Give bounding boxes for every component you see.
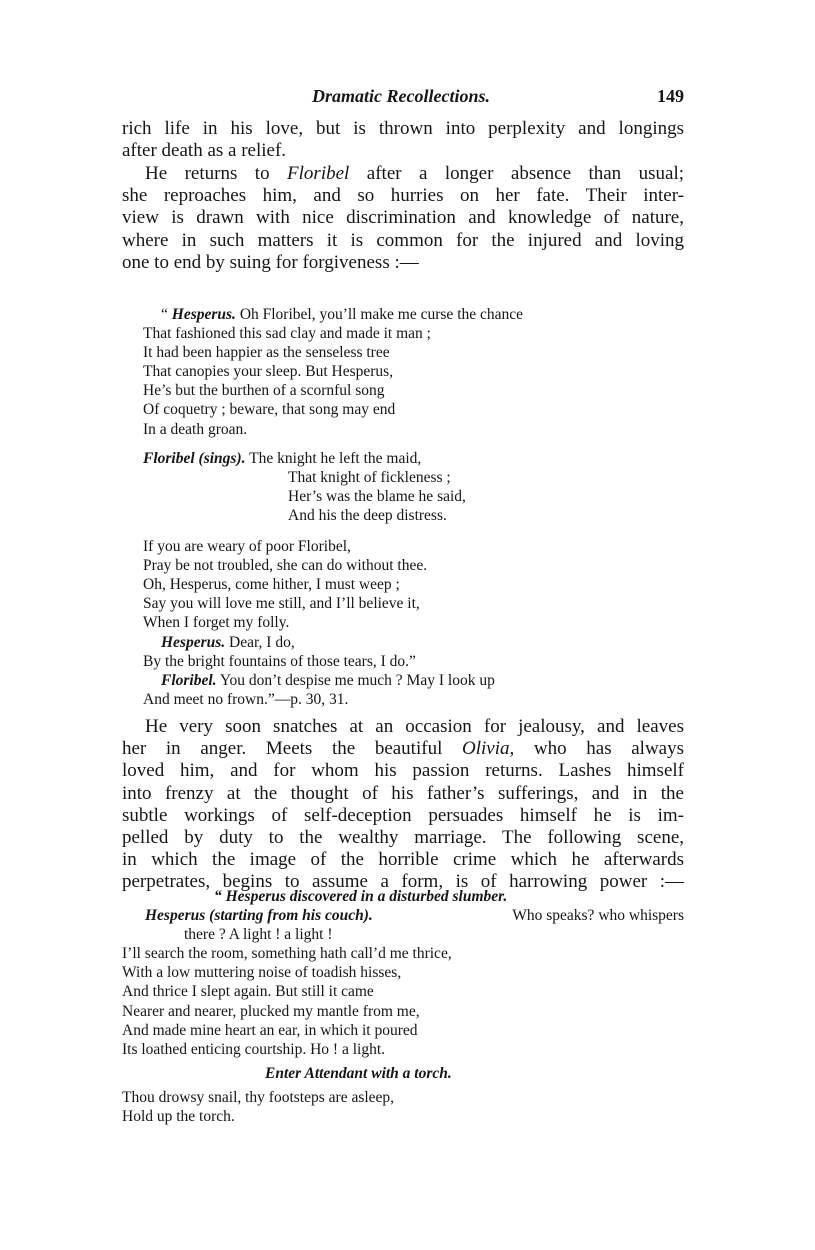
text-line: her in anger. Meets the beautiful Olivia…	[122, 738, 684, 760]
verse-line: Nearer and nearer, plucked my mantle fro…	[122, 1002, 684, 1021]
running-title: Dramatic Recollections.	[312, 86, 490, 107]
speaker-name: Hesperus.	[172, 306, 236, 323]
verse-line: Oh, Hesperus, come hither, I must weep ;	[143, 575, 683, 594]
speaker-name: Hesperus	[145, 907, 205, 924]
verse-line: I’ll search the room, something hath cal…	[122, 944, 684, 963]
text-line: one to end by suing for forgiveness :—	[122, 252, 684, 274]
text-line: where in such matters it is common for t…	[122, 230, 684, 252]
verse-line: And made mine heart an ear, in which it …	[122, 1021, 684, 1040]
verse-line: Pray be not troubled, she can do without…	[143, 556, 683, 575]
verse-line: Her’s was the blame he said,	[143, 487, 683, 506]
verse-line: there ? A light ! a light !	[122, 925, 684, 944]
stage-direction: “ Hesperus discovered in a disturbed slu…	[122, 887, 684, 906]
verse-line: By the bright fountains of those tears, …	[143, 652, 683, 671]
text-line: pelled by duty to the wealthy marriage. …	[122, 827, 684, 849]
stage-direction: (sings).	[199, 450, 246, 467]
verse-line: That knight of fickleness ;	[143, 468, 683, 487]
quotation-1: “ Hesperus. Oh Floribel, you’ll make me …	[143, 305, 683, 709]
verse-line: Hesperus (starting from his couch). Who …	[122, 906, 684, 925]
speaker-name: Floribel	[143, 450, 195, 467]
verse-line: Thou drowsy snail, thy footsteps are asl…	[122, 1088, 684, 1107]
verse-line: And his the deep distress.	[143, 506, 683, 525]
verse-line: Floribel (sings). The knight he left the…	[143, 449, 683, 468]
text-line: in which the image of the horrible crime…	[122, 849, 684, 871]
verse-line: When I forget my folly.	[143, 613, 683, 632]
verse-line: Its loathed enticing courtship. Ho ! a l…	[122, 1040, 684, 1059]
verse-line: In a death groan.	[143, 420, 683, 439]
text-line: loved him, and for whom his passion retu…	[122, 760, 684, 782]
text-line: into frenzy at the thought of his father…	[122, 783, 684, 805]
character-name: Floribel	[287, 163, 349, 184]
verse-line: Floribel. You don’t despise me much ? Ma…	[143, 671, 683, 690]
verse-line: And meet no frown.”—p. 30, 31.	[143, 690, 683, 709]
book-page: Dramatic Recollections. 149 rich life in…	[0, 0, 815, 1250]
verse-line: Of coquetry ; beware, that song may end	[143, 400, 683, 419]
verse-line: Hold up the torch.	[122, 1107, 684, 1126]
stage-direction: Enter Attendant with a torch.	[122, 1064, 684, 1083]
verse-line: “ Hesperus. Oh Floribel, you’ll make me …	[143, 305, 683, 324]
paragraph-1: rich life in his love, but is thrown int…	[122, 118, 684, 162]
character-name: Olivia	[462, 738, 510, 759]
quotation-2: “ Hesperus discovered in a disturbed slu…	[122, 887, 684, 1126]
text-line: after death as a relief.	[122, 140, 684, 162]
verse-line: If you are weary of poor Floribel,	[143, 537, 683, 556]
text-line: view is drawn with nice discrimination a…	[122, 207, 684, 229]
paragraph-3: He very soon snatches at an occasion for…	[122, 716, 684, 894]
page-header: Dramatic Recollections. 149	[122, 86, 684, 112]
text-line: rich life in his love, but is thrown int…	[122, 118, 684, 140]
verse-line: Say you will love me still, and I’ll bel…	[143, 594, 683, 613]
speaker-name: Hesperus.	[161, 634, 225, 651]
text-line: she reproaches him, and so hurries on he…	[122, 185, 684, 207]
paragraph-2: He returns to Floribel after a longer ab…	[122, 163, 684, 274]
verse-line: Hesperus. Dear, I do,	[143, 633, 683, 652]
text-line: subtle workings of self-deception persua…	[122, 805, 684, 827]
verse-line: And thrice I slept again. But still it c…	[122, 982, 684, 1001]
verse-line: He’s but the burthen of a scornful song	[143, 381, 683, 400]
stage-direction: (starting from his couch).	[209, 907, 373, 924]
text-line: He returns to Floribel after a longer ab…	[122, 163, 684, 185]
verse-line: It had been happier as the senseless tre…	[143, 343, 683, 362]
verse-line: With a low muttering noise of toadish hi…	[122, 963, 684, 982]
verse-line: That fashioned this sad clay and made it…	[143, 324, 683, 343]
page-number: 149	[657, 86, 684, 107]
verse-line: That canopies your sleep. But Hesperus,	[143, 362, 683, 381]
speaker-name: Floribel.	[161, 672, 217, 689]
text-line: He very soon snatches at an occasion for…	[122, 716, 684, 738]
